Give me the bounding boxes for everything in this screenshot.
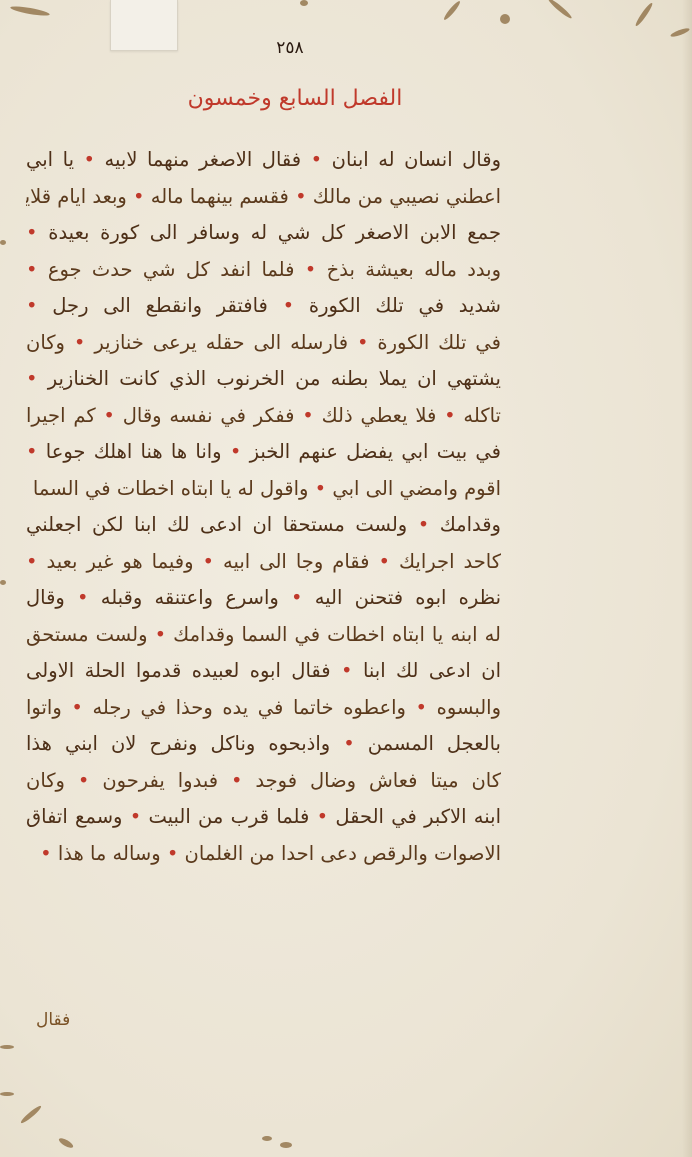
rubric-mark: • (40, 842, 52, 865)
rubric-mark: • (133, 185, 145, 208)
rubric-mark: • (74, 331, 86, 354)
text-line: في بيت ابي يفضل عنهم الخبز • وانا ها هنا… (26, 434, 501, 471)
rubric-mark: • (295, 185, 307, 208)
page-edge-shadow (682, 0, 692, 1157)
worm-hole (0, 1045, 14, 1049)
rubric-mark: • (26, 294, 38, 317)
rubric-mark: • (291, 586, 303, 609)
rubric-mark: • (26, 477, 27, 500)
text-line: والبسوه • واعطوه خاتما في يده وحذا في رج… (26, 690, 501, 727)
rubric-mark: • (84, 148, 96, 171)
text-line: تاكله • فلا يعطي ذلك • ففكر في نفسه وقال… (26, 398, 501, 435)
rubric-mark: • (130, 805, 142, 828)
worm-hole (547, 0, 573, 20)
worm-hole (58, 1136, 75, 1149)
text-line: كان ميتا فعاش وضال فوجد • فبدوا يفرحون •… (26, 763, 501, 800)
text-line: شديد في تلك الكورة • فافتقر وانقطع الى ر… (26, 288, 501, 325)
text-line: ان ادعى لك ابنا • فقال ابوه لعبيده قدموا… (26, 653, 501, 690)
rubric-mark: • (302, 404, 314, 427)
text-line: له ابنه يا ابتاه اخطات في السما وقدامك •… (26, 617, 501, 654)
rubric-mark: • (26, 550, 38, 573)
rubric-mark: • (315, 477, 327, 500)
text-line: جمع الابن الاصغر كل شي له وسافر الى كورة… (26, 215, 501, 252)
rubric-mark: • (418, 513, 430, 536)
rubric-mark: • (167, 842, 179, 865)
rubric-mark: • (78, 769, 90, 792)
catchword: فقال (36, 1010, 70, 1030)
rubric-mark: • (317, 805, 329, 828)
text-block: وقال انسان له ابنان • فقال الاصغر منهما … (26, 142, 501, 872)
text-line: وقال انسان له ابنان • فقال الاصغر منهما … (26, 142, 501, 179)
rubric-mark: • (231, 769, 243, 792)
text-line: اقوم وامضي الى ابي • واقول له يا ابتاه ا… (26, 471, 501, 508)
worm-hole (300, 0, 308, 6)
rubric-mark: • (305, 258, 317, 281)
folio-number: ٢٥٨ (270, 38, 310, 58)
worm-hole (10, 5, 50, 18)
rubric-mark: • (26, 367, 38, 390)
rubric-mark: • (311, 148, 323, 171)
rubric-mark: • (71, 696, 83, 719)
rubric-mark: • (378, 550, 390, 573)
rubric-mark: • (77, 586, 89, 609)
text-line: ابنه الاكبر في الحقل • فلما قرب من البيت… (26, 799, 501, 836)
worm-hole (0, 1092, 14, 1096)
rubric-mark: • (343, 732, 355, 755)
rubric-mark: • (416, 696, 428, 719)
text-line: اعطني نصيبي من مالك • فقسم بينهما ماله •… (26, 179, 501, 216)
text-line: يشتهي ان يملا بطنه من الخرنوب الذي كانت … (26, 361, 501, 398)
rubric-mark: • (26, 258, 38, 281)
rubric-mark: • (444, 404, 456, 427)
rubric-mark: • (203, 550, 215, 573)
rubric-mark: • (103, 404, 115, 427)
worm-hole (0, 240, 6, 245)
text-line: وقدامك • ولست مستحقا ان ادعى لك ابنا لكن… (26, 507, 501, 544)
text-line: نظره ابوه فتحنن اليه • واسرع واعتنقه وقب… (26, 580, 501, 617)
rubric-mark: • (341, 659, 353, 682)
rubric-mark: • (230, 440, 242, 463)
rubric-mark: • (26, 221, 38, 244)
worm-hole (500, 14, 510, 24)
text-line: في تلك الكورة • فارسله الى حقله يرعى خنا… (26, 325, 501, 362)
worm-hole (634, 2, 654, 28)
rubric-mark: • (283, 294, 295, 317)
chapter-heading: الفصل السابع وخمسون (150, 86, 440, 111)
rubric-mark: • (155, 623, 167, 646)
text-line: وبدد ماله بعيشة بذخ • فلما انفد كل شي حد… (26, 252, 501, 289)
rubric-mark: • (357, 331, 369, 354)
paper-tab (110, 0, 178, 51)
worm-hole (442, 0, 461, 21)
text-line: بالعجل المسمن • واذبحوه وناكل ونفرح لان … (26, 726, 501, 763)
text-line: الاصوات والرقص دعى احدا من الغلمان • وسا… (26, 836, 501, 873)
worm-hole (19, 1104, 42, 1125)
worm-hole (280, 1142, 292, 1148)
manuscript-page: ٢٥٨ الفصل السابع وخمسون وقال انسان له اب… (0, 0, 692, 1157)
worm-hole (0, 580, 6, 585)
worm-hole (262, 1136, 272, 1141)
text-line: كاحد اجرايك • فقام وجا الى ابيه • وفيما … (26, 544, 501, 581)
rubric-mark: • (26, 440, 38, 463)
